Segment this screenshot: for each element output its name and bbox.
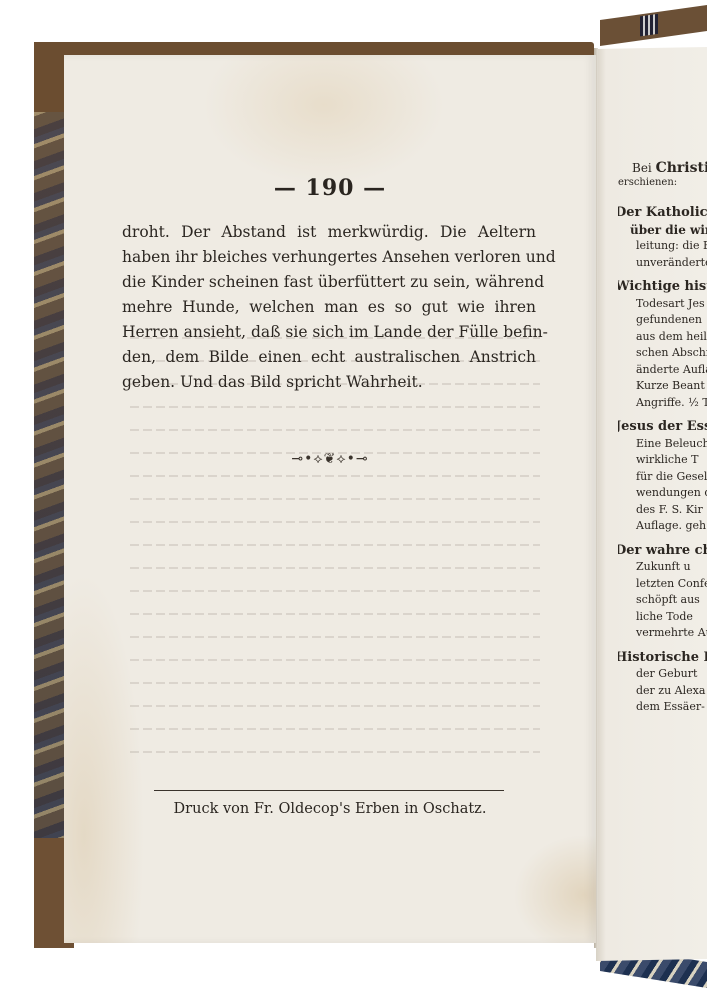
ad-entry-line: Kurze Beant <box>618 378 707 395</box>
page-number: — 190 — <box>64 175 596 201</box>
ad-entry-title: Der wahre chri <box>618 543 707 560</box>
text-line: den, dem Bilde einen echt australischen … <box>122 345 536 370</box>
ad-entry-line: leitung: die Er <box>618 238 707 255</box>
ad-entry-line: unveränderte <box>618 255 707 272</box>
ad-entry: Der Katholicismu über die wirk leitung: … <box>618 205 707 271</box>
ad-entry-line: dem Essäer- <box>618 699 707 716</box>
ad-entry-line: Eine Beleuch <box>618 436 707 453</box>
ad-entry-line: Angriffe. ½ T <box>618 395 707 412</box>
ad-entry-line: des F. S. Kir <box>618 502 707 519</box>
ad-entry-line: änderte Aufla <box>618 362 707 379</box>
ad-entry-line: wirkliche T <box>618 452 707 469</box>
printer-imprint: Druck von Fr. Oldecop's Erben in Oschatz… <box>64 801 596 817</box>
ad-entry-line: der zu Alexa <box>618 683 707 700</box>
imprint-rule <box>154 790 504 791</box>
publisher-prefix: Bei <box>632 161 652 175</box>
marbled-edge <box>640 14 658 37</box>
ad-entry-line: Zukunft u <box>618 559 707 576</box>
ad-entry-line: gefundenen <box>618 312 707 329</box>
publisher-name: Christian C <box>656 160 707 176</box>
ad-entry-line: schen Abschrift <box>618 345 707 362</box>
publisher-subline: erschienen: <box>618 175 707 192</box>
ad-entry-line: vermehrte Au <box>618 625 707 642</box>
ad-entry-line: liche Tode <box>618 609 707 626</box>
ad-entry-title: Jesus der Essä <box>618 419 707 436</box>
ad-entry: Historische Ent der Geburt der zu Alexa … <box>618 650 707 716</box>
ad-entry-line: Auflage. geh <box>618 518 707 535</box>
text-line: haben ihr bleiches verhungertes Ansehen … <box>122 245 536 270</box>
body-paragraph: droht. Der Abstand ist merkwürdig. Die A… <box>122 220 536 395</box>
ad-entry-line: aus dem heili <box>618 329 707 346</box>
ornament-divider-icon: ⊸•⟡❦⟡•⊸ <box>64 451 596 467</box>
left-page: — 190 — droht. Der Abstand ist merkwürdi… <box>64 55 596 943</box>
text-line: geben. Und das Bild spricht Wahrheit. <box>122 370 536 395</box>
ad-entry-line: letzten Confes <box>618 576 707 593</box>
ad-entry-line: schöpft aus <box>618 592 707 609</box>
book-cover-top-right <box>600 5 707 46</box>
ad-entry-title: Wichtige histor <box>618 279 707 296</box>
ad-entry: Wichtige histor Todesart Jes gefundenen … <box>618 279 707 411</box>
text-line: Herren ansieht, daß sie sich im Lande de… <box>122 320 536 345</box>
ad-entry-title: Der Katholicismu <box>618 205 707 222</box>
ad-entry-line: der Geburt <box>618 666 707 683</box>
ad-entry-title: Historische Ent <box>618 650 707 667</box>
publisher-advertisement: Bei Christian C erschienen: Der Katholic… <box>618 160 707 724</box>
ad-entry-line: wendungen d <box>618 485 707 502</box>
ad-entry-line: Todesart Jes <box>618 296 707 313</box>
text-line: mehre Hunde, welchen man es so gut wie i… <box>122 295 536 320</box>
ad-entry: Jesus der Essä Eine Beleuch wirkliche T … <box>618 419 707 535</box>
ad-entry: Der wahre chri Zukunft u letzten Confes … <box>618 543 707 642</box>
text-line: droht. Der Abstand ist merkwürdig. Die A… <box>122 220 536 245</box>
ad-entry-line: über die wirk <box>618 222 707 239</box>
show-through-text <box>130 337 540 774</box>
ad-entry-line: für die Gesell <box>618 469 707 486</box>
text-line: die Kinder scheinen fast überfüttert zu … <box>122 270 536 295</box>
